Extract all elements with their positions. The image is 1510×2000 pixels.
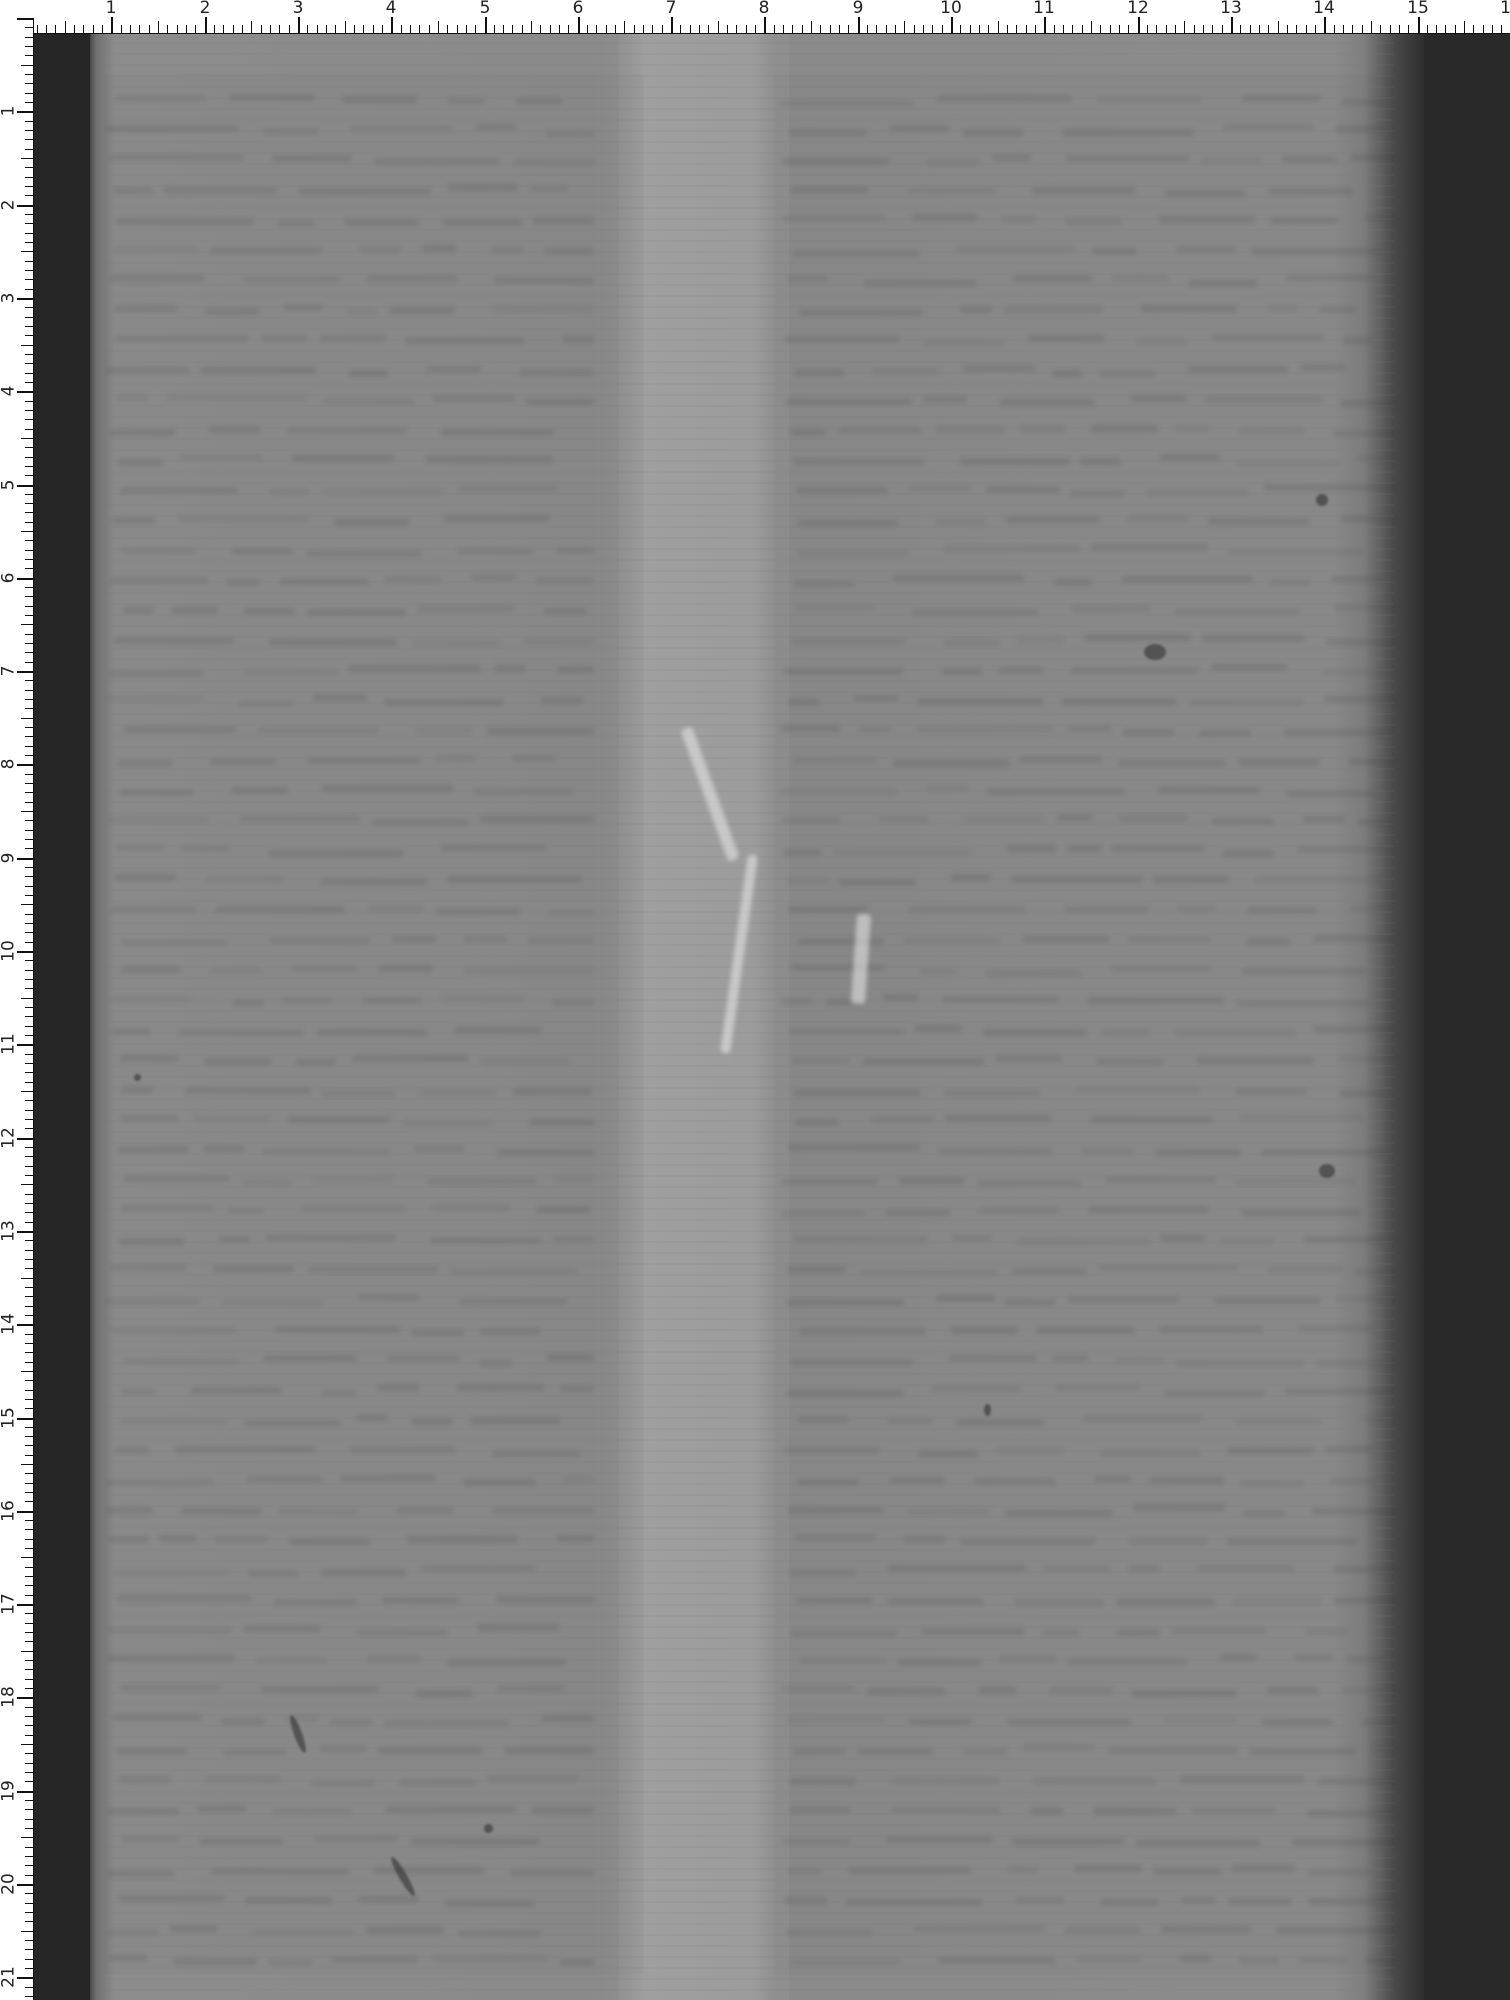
scan-line bbox=[94, 1494, 1394, 1496]
ruler-tick bbox=[25, 1735, 33, 1736]
faint-handwriting bbox=[1208, 518, 1309, 525]
faint-handwriting bbox=[1236, 1088, 1307, 1095]
faint-handwriting bbox=[459, 485, 557, 492]
ruler-tick bbox=[25, 1567, 33, 1568]
faint-handwriting bbox=[104, 1298, 200, 1305]
scan-line bbox=[94, 1076, 1394, 1078]
ruler-tick bbox=[25, 419, 33, 420]
ruler-tick bbox=[25, 680, 33, 681]
faint-handwriting bbox=[120, 1684, 221, 1691]
ruler-tick bbox=[25, 1054, 33, 1055]
scan-line bbox=[94, 1197, 1394, 1199]
faint-handwriting bbox=[781, 1210, 866, 1217]
ruler-tick bbox=[251, 21, 252, 33]
ruler-tick bbox=[550, 25, 551, 33]
scan-line bbox=[94, 1670, 1394, 1672]
faint-handwriting bbox=[791, 1630, 897, 1637]
ruler-tick bbox=[25, 1343, 33, 1344]
scan-line bbox=[94, 537, 1394, 539]
faint-handwriting bbox=[914, 1025, 962, 1032]
ruler-tick bbox=[960, 25, 961, 33]
ruler-tick bbox=[25, 512, 33, 513]
faint-handwriting bbox=[1017, 637, 1064, 644]
ruler-tick bbox=[886, 25, 887, 33]
ink-spot bbox=[484, 1824, 493, 1833]
manuscript-scan-image bbox=[34, 34, 1510, 2000]
ruler-tick bbox=[25, 550, 33, 551]
ruler-tick bbox=[1044, 17, 1046, 33]
faint-handwriting bbox=[117, 760, 172, 767]
ruler-tick bbox=[25, 1026, 33, 1027]
faint-handwriting bbox=[1053, 1355, 1088, 1362]
faint-handwriting bbox=[418, 1089, 495, 1096]
scan-line bbox=[94, 383, 1394, 385]
scan-line bbox=[94, 1307, 1394, 1309]
faint-handwriting bbox=[912, 1925, 1045, 1932]
faint-handwriting bbox=[995, 1055, 1062, 1062]
ruler-tick bbox=[25, 886, 33, 887]
scan-line bbox=[94, 1769, 1394, 1771]
scan-line bbox=[94, 702, 1394, 704]
faint-handwriting bbox=[411, 1418, 453, 1425]
ruler-tick bbox=[25, 1856, 33, 1857]
faint-handwriting bbox=[1234, 1178, 1355, 1185]
scan-line bbox=[94, 1560, 1394, 1562]
ruler-tick bbox=[746, 25, 747, 33]
faint-handwriting bbox=[269, 639, 397, 646]
faint-handwriting bbox=[886, 1836, 993, 1843]
faint-handwriting bbox=[265, 1234, 396, 1241]
ruler-tick bbox=[25, 223, 33, 224]
ruler-left-label: 18 bbox=[1, 1686, 18, 1708]
ruler-tick bbox=[1390, 25, 1391, 33]
faint-handwriting bbox=[1237, 1000, 1370, 1007]
faint-handwriting bbox=[1334, 604, 1402, 611]
scan-line bbox=[94, 1472, 1394, 1474]
ruler-tick bbox=[25, 923, 33, 924]
ruler-tick bbox=[25, 326, 33, 327]
faint-handwriting bbox=[923, 396, 967, 403]
ruler-tick bbox=[25, 960, 33, 961]
ruler-tick bbox=[25, 1110, 33, 1111]
ruler-tick bbox=[25, 363, 33, 364]
scan-line bbox=[94, 1406, 1394, 1408]
ruler-tick bbox=[25, 643, 33, 644]
ruler-left: 123456789101112131415161718192021 bbox=[0, 0, 34, 2000]
faint-handwriting bbox=[172, 607, 218, 614]
ruler-tick bbox=[25, 1408, 33, 1409]
ruler-left-label: 20 bbox=[1, 1873, 18, 1895]
faint-handwriting bbox=[240, 815, 360, 822]
scan-line bbox=[94, 130, 1394, 132]
ruler-tick bbox=[858, 17, 860, 33]
ruler-top-label: 5 bbox=[480, 0, 491, 17]
ruler-tick bbox=[401, 25, 402, 33]
ruler-tick bbox=[1082, 25, 1083, 33]
ruler-tick bbox=[17, 578, 33, 580]
ruler-tick bbox=[1473, 25, 1474, 33]
scan-line bbox=[94, 218, 1394, 220]
faint-handwriting bbox=[524, 638, 594, 645]
ruler-tick bbox=[25, 279, 33, 280]
ruler-tick bbox=[25, 783, 33, 784]
ruler-tick bbox=[25, 177, 33, 178]
scan-line bbox=[94, 262, 1394, 264]
ruler-tick bbox=[792, 25, 793, 33]
ruler-tick bbox=[25, 1716, 33, 1717]
ruler-tick bbox=[17, 485, 33, 487]
ruler-tick bbox=[21, 438, 33, 439]
faint-handwriting bbox=[480, 816, 594, 823]
ruler-tick bbox=[17, 1044, 33, 1046]
faint-handwriting bbox=[787, 1266, 846, 1273]
scan-line bbox=[94, 75, 1394, 77]
scan-line bbox=[94, 273, 1394, 275]
ruler-tick bbox=[699, 25, 700, 33]
scan-line bbox=[94, 966, 1394, 968]
ruler-tick bbox=[25, 195, 33, 196]
faint-handwriting bbox=[1012, 1838, 1124, 1845]
scan-line bbox=[94, 449, 1394, 451]
ruler-tick bbox=[25, 1576, 33, 1577]
faint-handwriting bbox=[853, 695, 899, 702]
ruler-tick bbox=[25, 1268, 33, 1269]
faint-handwriting bbox=[792, 1057, 850, 1064]
ruler-tick bbox=[1492, 25, 1493, 33]
faint-handwriting bbox=[1340, 1090, 1388, 1097]
faint-handwriting bbox=[110, 1264, 187, 1271]
scan-line bbox=[94, 1032, 1394, 1034]
ruler-tick bbox=[139, 25, 140, 33]
faint-handwriting bbox=[106, 1507, 153, 1514]
ruler-tick bbox=[25, 466, 33, 467]
scan-line bbox=[94, 306, 1394, 308]
ruler-tick bbox=[345, 21, 346, 33]
faint-handwriting bbox=[858, 1748, 932, 1755]
ruler-tick bbox=[1287, 25, 1288, 33]
faint-handwriting bbox=[1227, 549, 1362, 556]
scan-line bbox=[94, 284, 1394, 286]
ruler-tick bbox=[1427, 25, 1428, 33]
ruler-tick bbox=[25, 522, 33, 523]
ruler-tick bbox=[1371, 21, 1372, 33]
ruler-tick bbox=[25, 55, 33, 56]
ruler-tick bbox=[25, 1296, 33, 1297]
ruler-tick bbox=[25, 317, 33, 318]
ruler-tick bbox=[25, 1175, 33, 1176]
faint-handwriting bbox=[907, 187, 995, 194]
ruler-tick bbox=[979, 25, 980, 33]
faint-handwriting bbox=[197, 1805, 247, 1812]
ruler-tick bbox=[17, 1977, 33, 1979]
ruler-tick bbox=[25, 848, 33, 849]
ruler-tick bbox=[690, 25, 691, 33]
faint-handwriting bbox=[1006, 516, 1100, 523]
ruler-tick bbox=[25, 1334, 33, 1335]
scan-line bbox=[94, 1945, 1394, 1947]
faint-handwriting bbox=[1042, 1629, 1080, 1636]
scan-line bbox=[94, 845, 1394, 847]
faint-handwriting bbox=[120, 1388, 156, 1395]
ruler-left-label: 12 bbox=[1, 1127, 18, 1149]
ruler-tick bbox=[25, 802, 33, 803]
ruler-tick bbox=[25, 755, 33, 756]
ruler-tick bbox=[25, 1548, 33, 1549]
scan-line bbox=[94, 1747, 1394, 1749]
faint-handwriting bbox=[1298, 1957, 1346, 1964]
faint-handwriting bbox=[120, 1055, 178, 1062]
scan-line bbox=[94, 427, 1394, 429]
ruler-tick bbox=[25, 942, 33, 943]
ruler-top-baseline bbox=[18, 33, 1510, 34]
faint-handwriting bbox=[173, 1958, 257, 1965]
faint-handwriting bbox=[497, 1596, 594, 1603]
scan-line bbox=[94, 691, 1394, 693]
ruler-tick bbox=[17, 764, 33, 766]
faint-handwriting bbox=[1118, 815, 1188, 822]
ruler-tick bbox=[317, 25, 318, 33]
ruler-tick bbox=[457, 25, 458, 33]
scan-line bbox=[94, 823, 1394, 825]
ruler-tick bbox=[736, 25, 737, 33]
ruler-tick bbox=[25, 1688, 33, 1689]
faint-handwriting bbox=[414, 640, 500, 647]
faint-handwriting bbox=[1276, 1927, 1404, 1934]
scan-line bbox=[94, 1615, 1394, 1617]
ruler-tick bbox=[25, 1959, 33, 1960]
faint-handwriting bbox=[885, 1209, 950, 1216]
ruler-tick bbox=[1119, 25, 1120, 33]
ruler-tick bbox=[25, 1035, 33, 1036]
ruler-tick bbox=[1259, 25, 1260, 33]
ruler-tick bbox=[17, 1324, 33, 1326]
faint-handwriting bbox=[107, 1627, 232, 1634]
scan-line bbox=[94, 438, 1394, 440]
scan-line bbox=[94, 361, 1394, 363]
faint-handwriting bbox=[443, 219, 522, 226]
ruler-tick bbox=[25, 1455, 33, 1456]
ruler-tick bbox=[298, 17, 300, 33]
scan-line bbox=[94, 1868, 1394, 1870]
ruler-tick bbox=[25, 820, 33, 821]
ruler-tick bbox=[1128, 25, 1129, 33]
faint-handwriting bbox=[386, 1806, 516, 1813]
faint-handwriting bbox=[560, 1385, 594, 1392]
faint-handwriting bbox=[414, 1145, 464, 1152]
ruler-tick bbox=[475, 25, 476, 33]
scan-line bbox=[94, 1373, 1394, 1375]
scan-line bbox=[94, 779, 1394, 781]
scan-line bbox=[94, 1043, 1394, 1045]
scan-line bbox=[94, 1967, 1394, 1969]
faint-handwriting bbox=[322, 1090, 395, 1097]
scan-line bbox=[94, 680, 1394, 682]
faint-handwriting bbox=[791, 429, 826, 436]
ruler-tick bbox=[1007, 25, 1008, 33]
ruler-tick bbox=[21, 904, 33, 905]
ruler-tick bbox=[21, 65, 33, 66]
ruler-tick bbox=[1184, 21, 1185, 33]
ruler-left-baseline bbox=[33, 18, 34, 2000]
ruler-tick bbox=[25, 1100, 33, 1101]
scan-line bbox=[94, 1934, 1394, 1936]
ruler-tick bbox=[25, 447, 33, 448]
ruler-tick bbox=[25, 1819, 33, 1820]
ruler-left-label: 4 bbox=[1, 386, 18, 397]
ink-spot bbox=[1144, 644, 1166, 660]
faint-handwriting bbox=[107, 695, 203, 702]
ruler-tick bbox=[25, 1641, 33, 1642]
ruler-tick bbox=[326, 25, 327, 33]
ruler-top-label: 1 bbox=[106, 0, 117, 17]
ruler-tick bbox=[708, 25, 709, 33]
ruler-tick bbox=[233, 25, 234, 33]
faint-handwriting bbox=[340, 1475, 436, 1482]
faint-handwriting bbox=[204, 1145, 245, 1152]
faint-handwriting bbox=[785, 398, 912, 405]
faint-handwriting bbox=[110, 275, 204, 282]
scan-line bbox=[94, 405, 1394, 407]
faint-handwriting bbox=[269, 937, 370, 944]
ruler-tick bbox=[25, 1352, 33, 1353]
ruler-tick bbox=[279, 25, 280, 33]
ruler-tick bbox=[21, 1557, 33, 1558]
ruler-tick bbox=[21, 251, 33, 252]
ruler-tick bbox=[25, 1072, 33, 1073]
scan-line bbox=[94, 955, 1394, 957]
ruler-tick bbox=[25, 1063, 33, 1064]
scan-line bbox=[94, 1296, 1394, 1298]
faint-handwriting bbox=[243, 276, 340, 283]
faint-handwriting bbox=[794, 1089, 920, 1096]
ruler-tick bbox=[783, 25, 784, 33]
faint-handwriting bbox=[787, 275, 827, 282]
faint-handwriting bbox=[1112, 275, 1169, 282]
faint-handwriting bbox=[114, 637, 234, 644]
ruler-tick bbox=[25, 1362, 33, 1363]
ruler-tick bbox=[1436, 25, 1437, 33]
scan-line bbox=[94, 1450, 1394, 1452]
ruler-tick bbox=[1072, 25, 1073, 33]
scan-line bbox=[94, 152, 1394, 154]
ruler-top-label: 8 bbox=[759, 0, 770, 17]
ruler-left-label: 8 bbox=[1, 759, 18, 770]
ruler-tick bbox=[494, 25, 495, 33]
ruler-tick bbox=[25, 736, 33, 737]
ink-spot bbox=[984, 1404, 991, 1416]
ruler-tick bbox=[1231, 17, 1233, 33]
ruler-top-label: 15 bbox=[1407, 0, 1429, 17]
faint-handwriting bbox=[1312, 1508, 1404, 1515]
ruler-tick bbox=[335, 25, 336, 33]
scan-line bbox=[94, 1758, 1394, 1760]
ruler-tick bbox=[25, 895, 33, 896]
ruler-tick bbox=[1212, 25, 1213, 33]
ruler-tick bbox=[25, 1632, 33, 1633]
faint-handwriting bbox=[1162, 1926, 1251, 1933]
ruler-tick bbox=[512, 25, 513, 33]
ruler-tick bbox=[830, 25, 831, 33]
faint-handwriting bbox=[859, 726, 891, 733]
scan-line bbox=[94, 1098, 1394, 1100]
ruler-tick bbox=[17, 1138, 33, 1140]
faint-handwriting bbox=[366, 1927, 444, 1934]
scan-line bbox=[94, 1736, 1394, 1738]
faint-handwriting bbox=[909, 1718, 971, 1725]
ruler-tick bbox=[363, 25, 364, 33]
faint-handwriting bbox=[191, 1387, 282, 1394]
ruler-tick bbox=[25, 167, 33, 168]
ruler-tick bbox=[25, 970, 33, 971]
scan-line bbox=[94, 1120, 1394, 1122]
ruler-left-label: 5 bbox=[1, 480, 18, 491]
ruler-tick bbox=[25, 1259, 33, 1260]
ruler-tick bbox=[531, 21, 532, 33]
ruler-tick bbox=[25, 1987, 33, 1988]
ruler-tick bbox=[25, 1623, 33, 1624]
faint-handwriting bbox=[112, 517, 155, 524]
ruler-tick bbox=[1343, 25, 1344, 33]
scan-line bbox=[94, 1065, 1394, 1067]
faint-handwriting bbox=[793, 1748, 846, 1755]
scan-line bbox=[94, 108, 1394, 110]
ruler-tick bbox=[25, 1445, 33, 1446]
ruler-tick bbox=[25, 867, 33, 868]
ruler-tick bbox=[382, 25, 383, 33]
scan-line bbox=[94, 1780, 1394, 1782]
scan-line bbox=[94, 1208, 1394, 1210]
faint-handwriting bbox=[1282, 156, 1337, 163]
faint-handwriting bbox=[797, 604, 874, 611]
ruler-tick bbox=[21, 531, 33, 532]
ruler-tick bbox=[25, 1921, 33, 1922]
ruler-tick bbox=[25, 1427, 33, 1428]
faint-handwriting bbox=[1314, 935, 1404, 942]
faint-handwriting bbox=[433, 395, 515, 402]
ruler-tick bbox=[1306, 25, 1307, 33]
ruler-tick bbox=[25, 1828, 33, 1829]
faint-handwriting bbox=[922, 1628, 1024, 1635]
faint-handwriting bbox=[116, 1748, 187, 1755]
scan-line bbox=[94, 1538, 1394, 1540]
scan-line bbox=[94, 119, 1394, 121]
faint-handwriting bbox=[799, 309, 922, 316]
scan-line bbox=[94, 1802, 1394, 1804]
faint-handwriting bbox=[791, 638, 906, 645]
scan-line bbox=[94, 394, 1394, 396]
ruler-tick bbox=[25, 1996, 33, 1997]
faint-handwriting bbox=[1286, 274, 1375, 281]
ruler-tick bbox=[149, 25, 150, 33]
ruler-left-label: 17 bbox=[1, 1593, 18, 1615]
ruler-tick bbox=[21, 1184, 33, 1185]
ruler-tick bbox=[25, 634, 33, 635]
faint-handwriting bbox=[181, 1508, 262, 1515]
ruler-top-label: 9 bbox=[853, 0, 864, 17]
ruler-top-label: 3 bbox=[293, 0, 304, 17]
faint-handwriting bbox=[323, 398, 415, 405]
ruler-tick bbox=[167, 25, 168, 33]
scan-line bbox=[94, 1285, 1394, 1287]
faint-handwriting bbox=[949, 1355, 1036, 1362]
faint-handwriting bbox=[1172, 1627, 1267, 1634]
scan-line bbox=[94, 1571, 1394, 1573]
ruler-tick bbox=[25, 37, 33, 38]
ruler-tick bbox=[634, 25, 635, 33]
ruler-tick bbox=[17, 391, 33, 393]
faint-handwriting bbox=[783, 849, 821, 856]
faint-handwriting bbox=[390, 307, 454, 314]
